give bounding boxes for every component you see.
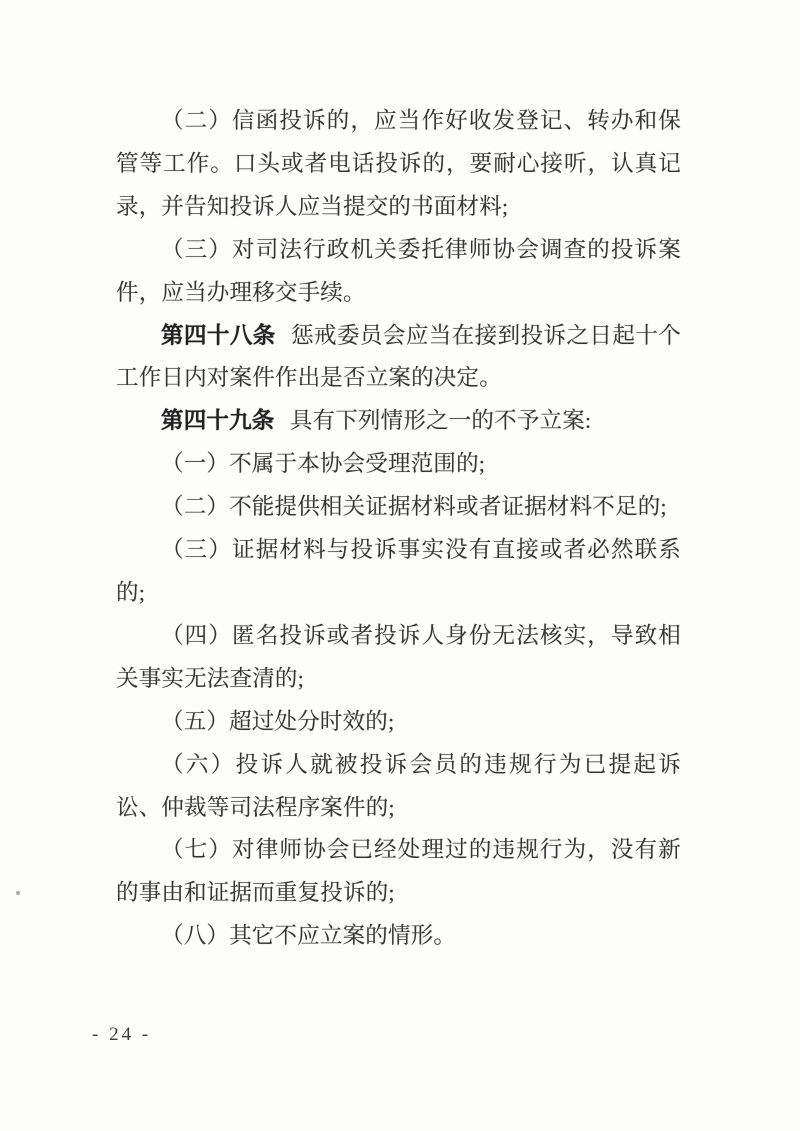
article-49-text: 具有下列情形之一的不予立案:: [290, 408, 592, 433]
scan-speck: [16, 891, 20, 895]
list-item-text: （四）匿名投诉或者投诉人身份无法核实，导致相关事实无法查清的;: [116, 623, 681, 691]
document-body: （二）信函投诉的，应当作好收发登记、转办和保管等工作。口头或者电话投诉的，要耐心…: [116, 100, 681, 958]
paragraph-transfer-cases: （三）对司法行政机关委托律师协会调查的投诉案件，应当办理移交手续。: [116, 229, 681, 315]
paragraph-article-48: 第四十八条惩戒委员会应当在接到投诉之日起十个工作日内对案件作出是否立案的决定。: [116, 315, 681, 401]
page-number: - 24 -: [92, 1024, 151, 1046]
list-item-1: （一）不属于本协会受理范围的;: [116, 443, 681, 486]
list-item-2: （二）不能提供相关证据材料或者证据材料不足的;: [116, 486, 681, 529]
list-item-text: （五）超过处分时效的;: [161, 709, 394, 734]
article-48-number: 第四十八条: [161, 323, 276, 348]
list-item-5: （五）超过处分时效的;: [116, 701, 681, 744]
list-item-text: （七）对律师协会已经处理过的违规行为，没有新的事由和证据而重复投诉的;: [116, 837, 681, 905]
list-item-text: （二）不能提供相关证据材料或者证据材料不足的;: [161, 494, 667, 519]
list-item-text: （一）不属于本协会受理范围的;: [161, 451, 485, 476]
paragraph-text: （三）对司法行政机关委托律师协会调查的投诉案件，应当办理移交手续。: [116, 237, 681, 305]
article-49-number: 第四十九条: [161, 408, 275, 433]
list-item-4: （四）匿名投诉或者投诉人身份无法核实，导致相关事实无法查清的;: [116, 615, 681, 701]
paragraph-article-49: 第四十九条具有下列情形之一的不予立案:: [116, 400, 681, 443]
paragraph-letter-complaints: （二）信函投诉的，应当作好收发登记、转办和保管等工作。口头或者电话投诉的，要耐心…: [116, 100, 681, 229]
scanned-document-page: （二）信函投诉的，应当作好收发登记、转办和保管等工作。口头或者电话投诉的，要耐心…: [0, 0, 800, 1131]
list-item-8: （八）其它不应立案的情形。: [116, 915, 681, 958]
list-item-text: （八）其它不应立案的情形。: [161, 923, 456, 948]
list-item-7: （七）对律师协会已经处理过的违规行为，没有新的事由和证据而重复投诉的;: [116, 829, 681, 915]
list-item-text: （六）投诉人就被投诉会员的违规行为已提起诉讼、仲裁等司法程序案件的;: [116, 752, 681, 820]
list-item-3: （三）证据材料与投诉事实没有直接或者必然联系的;: [116, 529, 681, 615]
list-item-text: （三）证据材料与投诉事实没有直接或者必然联系的;: [116, 537, 681, 605]
paragraph-text: （二）信函投诉的，应当作好收发登记、转办和保管等工作。口头或者电话投诉的，要耐心…: [116, 108, 681, 219]
list-item-6: （六）投诉人就被投诉会员的违规行为已提起诉讼、仲裁等司法程序案件的;: [116, 744, 681, 830]
